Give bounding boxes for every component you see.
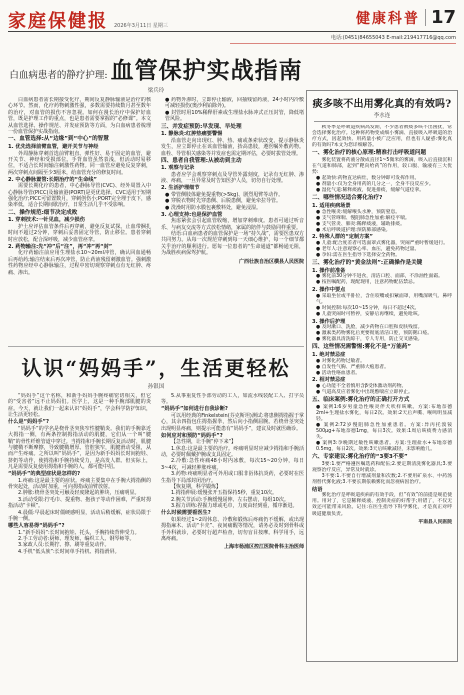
- section-heading: 1. 穿刺技术:一针见血，减少损伤: [8, 217, 151, 224]
- article-title: 血管保护实战指南: [111, 52, 303, 85]
- section-heading: 1. 优先选择前臂血管，避开关节与神经: [8, 144, 151, 151]
- paragraph: ● 案例1:6岁男童急性喉炎伴犬吠样咳嗽。方案:布地奈德2ml+生理盐水雾化，每…: [312, 405, 452, 423]
- section-heading: 六、专家建议:雾化治疗的“3要3不要”: [312, 454, 452, 461]
- paragraph: ● 雾化器具清洗晾干，专人专用，防止交叉感染。: [312, 337, 452, 343]
- section-heading: 四、患者自我管理:从被动到主动: [161, 158, 304, 165]
- attribution: 广西壮族自治区横县人民医院: [161, 259, 304, 265]
- paragraph: 护士应评估血管条件后再穿刺，避免反复试探。止血带捆扎时间不超过2分钟，穿刺后妥善…: [8, 224, 151, 243]
- paragraph: ● 洗澡时用防水膜包裹敷料处，避免浸湿。: [161, 205, 304, 211]
- article-title: 痰多咳不出用雾化真的有效吗?: [312, 95, 452, 110]
- paragraph: 3.握力训练:捏握力球或毛巾，力度由轻到重，循序渐进。: [161, 503, 304, 509]
- masthead: 家庭保健报 2026年3月11日 星期三: [8, 7, 168, 33]
- contact-line: 电话:(0451)84655043 E-mail:219417716@qq.co…: [331, 34, 456, 41]
- paragraph: ● 案例2:72岁慢阻肺急性加重患者。方案:异丙托溴铵500μg+布地奈德1mg…: [312, 423, 452, 441]
- paragraph: ● 儿童哭闹时可暂停，安静后再继续，避免呛咳。: [312, 312, 452, 318]
- article-mama-hand: 认识“妈妈手”，生活更轻松 孙银国 “妈妈手”这个名称，和新手妈妈手腕疼痛密切相…: [8, 352, 304, 690]
- section-heading: 2. 特殊人群的“定制方案”: [312, 234, 452, 241]
- paragraph: 1.疼痛:这是最主要的症状。疼痛主要集中在手腕大拇指侧的骨突起处，活动时加重，可…: [8, 478, 151, 491]
- section-heading: 什么是“妈妈手”?: [8, 419, 151, 426]
- article-body: “妈妈手”这个名称，和新手妈妈手腕疼痛密切相关，但它的“受害者”远不止妈妈们。医…: [8, 393, 304, 689]
- paragraph: ● 孕妇:需在医生指导下选择安全药物。: [312, 253, 452, 259]
- section-heading: 哪些人容易得“妈妈手”?: [8, 523, 151, 530]
- section-heading: 二、操作规范:细节决定成败: [8, 210, 151, 217]
- attribution: 平南县人民医院: [312, 520, 452, 526]
- section-heading: 1. 绝对禁忌症: [312, 352, 452, 359]
- paragraph: 可以用经典的Finkelstein(芬克斯坦)测试:将患侧拇指握于掌心，其余四指…: [161, 413, 304, 432]
- section-heading: 2. 相对禁忌症: [312, 377, 452, 384]
- paragraph: ● 按医嘱配药，现配现用，注意药物配伍禁忌。: [312, 280, 452, 286]
- article-divider: [8, 346, 304, 347]
- section-heading: 三、雾化治疗的“黄金法则”:正确操作是关键: [312, 260, 452, 267]
- paragraph: 秋冬季是呼吸道疾病高发期，不少患者被痰多咳不出困扰，常会选择雾化治疗。这种将药物…: [312, 125, 452, 149]
- paragraph: 4.手机“低头族”:长时间单手持机、拇指滑屏。: [8, 549, 151, 555]
- paragraph: ● 封管时用10%稀释肝素或生理盐水脉冲式正压封管，降低堵管风险。: [161, 110, 304, 123]
- paragraph: 雾化装置将药液分散成直径1~5微米的雾滴，吸入后直接沉积在气道和肺部，起到“靶向…: [312, 158, 452, 176]
- section-heading: 三、并发症预防:早发现、早处理: [161, 124, 304, 131]
- paragraph: 沿血管走向出现红、肿、热、痛或条索状改变，提示静脉炎发生，应立即停止在该血管输液…: [161, 138, 304, 157]
- paragraph: 如果经过1~2周休息、冷敷和锻炼后疼痛仍不缓解，或出现拇指麻木、活动“卡壳”、夜…: [161, 517, 304, 543]
- paragraph: ● 案例3:孕晚期过敏性咳嗽患者。方案:生理盐水+布地奈德0.5mg，每日2次。…: [312, 441, 452, 453]
- paper-name: 家庭保健报: [8, 7, 108, 33]
- article-body: 白血病患者需长期接受化疗，期间反复静脉输液是治疗的核心环节。然而，化疗药物刺激性…: [8, 97, 304, 339]
- paragraph: 2.冷敷:急性疼痛48小时内冰敷，每次15~20分钟，每日3~4次，可减轻肿胀疼…: [161, 458, 304, 471]
- section-heading: 1. 适用疾病场景: [312, 203, 452, 210]
- paragraph: 1.休息:这是最主要的治疗。疼痛明显时应减少拇指和手腕活动，必要时佩戴护腕或支具…: [161, 446, 304, 459]
- paragraph: ● 术后呼吸道护理:预防肺部感染。: [312, 228, 452, 234]
- paragraph: “妈妈手”的学名是桡骨茎突狭窄性腱鞘炎。我们的手腕靠近大拇指一侧，有两条控制拇指…: [8, 426, 151, 471]
- article-nebulization: 痰多咳不出用雾化真的有效吗? 李水连 秋冬季是呼吸道疾病高发期，不少患者被痰多咳…: [306, 90, 458, 662]
- paragraph: 焦虑紧张会引起血管收缩，增加穿刺难度。患者可通过听音乐、与病友交流等方式放松情绪…: [161, 218, 304, 231]
- page-number: 17: [431, 7, 456, 28]
- section-heading: 2. 操作中要点: [312, 287, 452, 294]
- article-author: 李水连: [312, 111, 452, 119]
- paragraph: 3不要:1.不要自行增减剂量和次数;2.不要用矿泉水、中药汤剂替代雾化液;3.不…: [312, 474, 452, 486]
- article-title: 认识“妈妈手”，生活更轻松: [8, 352, 304, 381]
- headline-rule: [314, 121, 450, 122]
- article-author: 孙银国: [8, 382, 304, 390]
- paragraph: 3.活动受限:拧毛巾、提重物、抱孩子等动作困难，严重时拇指活动“卡顿”。: [8, 497, 151, 510]
- paragraph: ● 湿化气道:稀释痰液，促进排痰，缓解气道痉挛。: [312, 188, 452, 194]
- header-rule: [8, 31, 456, 32]
- section-heading: 四、这些情况需警惕:雾化不是“万能药”: [312, 344, 452, 351]
- paragraph: 需要长期化疗的患者，中心静脉导管(CVC)、经外周置入中心静脉导管(PICC)及…: [8, 183, 151, 209]
- paragraph: 白血病患者需长期接受化疗，期间反复静脉输液是治疗的核心环节。然而，化疗药物刺激性…: [8, 97, 151, 135]
- paragraph: 雾化治疗是呼吸道疾病的有效手段，但“有效”的前提是规范使用。用对了，它是稀释痰液…: [312, 493, 452, 517]
- paragraph: 2.肿胀:桡骨茎突处可触及轻度隆起的肿块，压痛明显。: [8, 490, 151, 496]
- section-heading: 什么时候需要看医生?: [161, 510, 304, 517]
- paragraph: “妈妈手”这个名称，和新手妈妈手腕疼痛密切相关，但它的“受害者”远不止妈妈们。医…: [8, 393, 151, 419]
- header-accent-rule: [230, 43, 456, 44]
- paragraph: 化疗药输注前应用生理盐水10~20ml冲管，确认回血通畅后再给药;输注结束后再次…: [8, 250, 151, 276]
- section-heading: “妈妈手”的典型症状是怎样的?: [8, 471, 151, 478]
- article-author: 梁兵玲: [8, 86, 304, 94]
- paragraph: ● 药物外渗时，立即停止输液，回抽残留药液，24小时内冷敷可减轻损伤(奥沙利铂除…: [161, 97, 304, 110]
- section-header: 健康科普 17: [356, 7, 456, 28]
- newspaper-page: 家庭保健报 2026年3月11日 星期三 健康科普 17 电话:(0451)84…: [0, 0, 464, 695]
- paragraph: 3.药物:疼痛明显者可外用或口服非甾体抗炎药，必要时在医生指导下局部封闭治疗。: [161, 471, 304, 484]
- paragraph: ● 活动性咯血患者。: [312, 371, 452, 377]
- section-heading: 一、血管选择:从“边缘”到“中心”的智慧: [8, 136, 151, 143]
- paragraph: ● 气道高反应者雾化中出现憋喘应立即停止。: [312, 390, 452, 396]
- date-line: 2026年3月11日 星期三: [114, 22, 168, 29]
- article-eyebrow: 白血病患者的静疗护理:: [9, 67, 107, 81]
- section-heading: 一、雾化治疗的核心原理:精准打击呼吸道问题: [312, 150, 452, 157]
- article-vascular-protection: 白血病患者的静疗护理: 血管保护实战指南 梁兵玲 白血病患者需长期接受化疗，期间…: [8, 52, 304, 344]
- paragraph: 结语:白血病患者的血管保护是一场“持久战”，需要医患双方共同努力。从每一次规范穿…: [161, 231, 304, 257]
- section-heading: 五、临床案例:雾化治疗的正确打开方式: [312, 397, 452, 404]
- paragraph: 4.晨僵:早晨起床时僵硬感明显，活动后稍缓解，症状局限于手腕一侧。: [8, 510, 151, 523]
- section-heading: “妈妈手”如何进行自我诊断?: [161, 406, 304, 413]
- attribution: 上海市杨浦区控江医院骨科主治医师: [161, 544, 304, 550]
- section-heading: 2. 生活护理细节: [161, 185, 304, 192]
- paragraph: 外周静脉穿刺首选前臂粗直、弹性好、易于固定的血管，避开关节、神经和受损部位。手背…: [8, 151, 151, 177]
- paragraph: 5.从事重复性手部劳动的工人，如流水线装配工人、打字员等。: [161, 393, 304, 406]
- paragraph: ● 采取坐位或半卧位，含住咬嘴或扣紧面罩，用嘴深吸气、鼻呼气。: [312, 294, 452, 306]
- section-heading: 1. 静脉炎:红肿热痛要警惕: [161, 131, 304, 138]
- article-headline-row: 白血病患者的静疗护理: 血管保护实战指南: [8, 52, 304, 85]
- article-body: 秋冬季是呼吸道疾病高发期，不少患者被痰多咳不出困扰，常会选择雾化治疗。这种将药物…: [312, 125, 452, 649]
- section-heading: 二、哪些情况适合雾化治疗?: [312, 195, 452, 202]
- divider: [425, 9, 426, 26]
- section-name: 健康科普: [356, 8, 420, 28]
- paragraph: 3要:1.要严格遵医嘱选药和配伍;2.要定期清洗雾化器具;3.要观察治疗反应，异…: [312, 462, 452, 474]
- paragraph: 患者应学会观察穿刺点及导管外露刻度，记录有无红肿、渗液、疼痛，一旦异常及时告知医…: [161, 172, 304, 185]
